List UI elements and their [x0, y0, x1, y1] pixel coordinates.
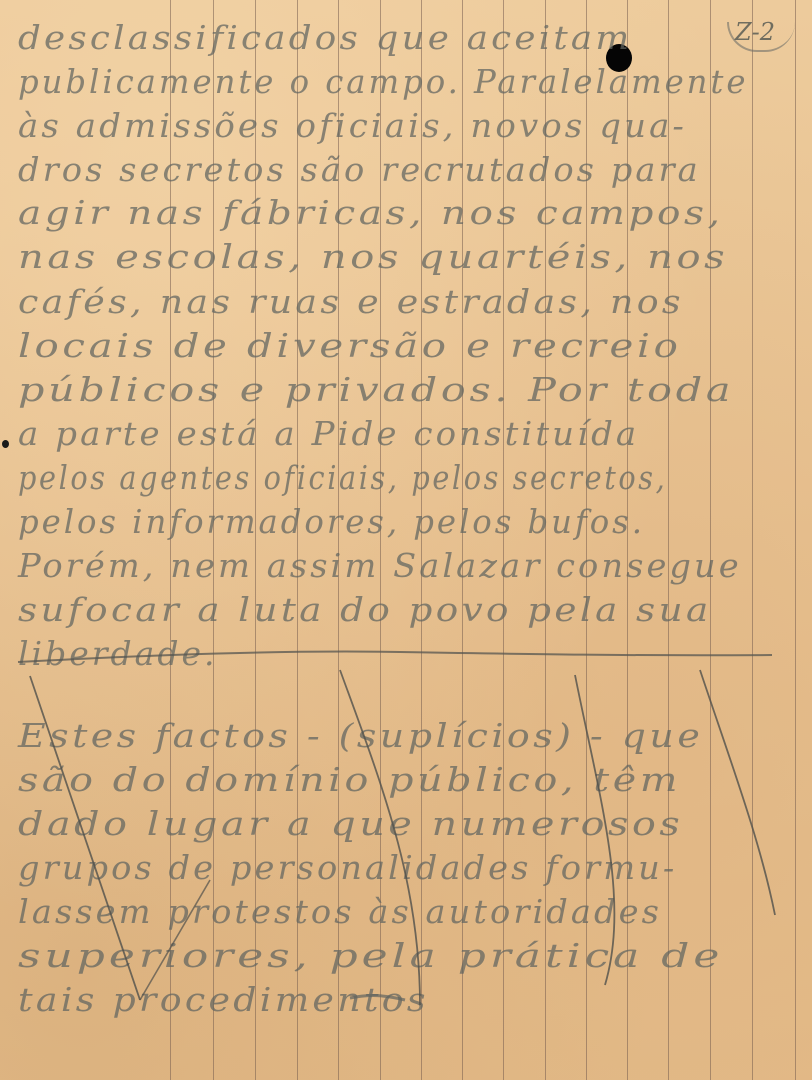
- strike-line-1: [30, 676, 140, 1000]
- strike-line-3: [575, 675, 614, 985]
- short-dash-mark: [350, 996, 405, 1000]
- section-divider-line: [18, 652, 772, 662]
- strike-line-2: [340, 670, 420, 1005]
- strike-line-1b: [140, 880, 210, 1000]
- pencil-strokes: [0, 0, 812, 1080]
- manuscript-page: Z-2 desclassificados que aceitam publica…: [0, 0, 812, 1080]
- strike-line-4: [700, 670, 775, 915]
